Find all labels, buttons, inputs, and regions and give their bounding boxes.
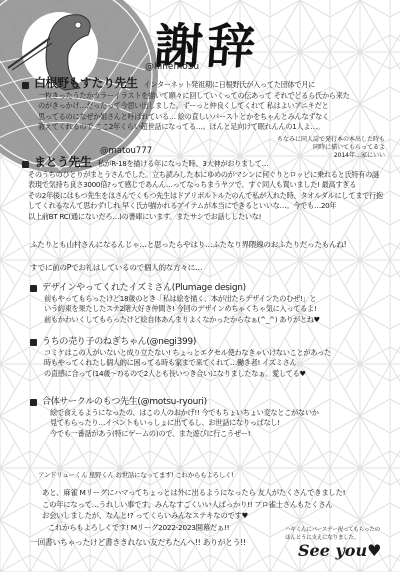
note-line: ちなみに同人誌で発行本の本出した時も	[230, 136, 385, 144]
section-line: 以上前BT RC(通にないだろ…)の書庫にいます。またサシでお話ししたいな!	[28, 212, 383, 223]
section-line: 思ってるのになぜか姐さんと呼ばれている… 絵の直しいパーストとかをちゃんとみんな…	[38, 112, 350, 123]
section-name: 白根野もすたり先生	[34, 78, 138, 89]
bullet-icon	[22, 82, 29, 89]
section-handle: @matou777	[100, 146, 152, 156]
handle-matou: @matou777	[100, 146, 152, 157]
section-line: そのうちのひとりがまとうさんでした。立ち読みした本にゆめのがマシンに何ぐりとロッ…	[28, 170, 383, 181]
section-line: 今でも一番話があう(特にゲームの)ので、また遊びに行こうぜー!	[50, 429, 319, 440]
section-line: の直感に合って(14歳〜?)るので2人とも長いつき合いになりましたなぁ。愛してる…	[44, 369, 331, 380]
section-name: 合体サークルのもつ先生(@motsu-ryouri)	[42, 397, 207, 408]
see-you-signoff: See you♥	[298, 546, 381, 557]
section-line: 見てもらったり…イベントもいっしょに出てるし、お世話になりっぱなし!	[50, 418, 319, 429]
section-name: まとう先生	[34, 157, 92, 168]
bullet-icon	[30, 399, 37, 406]
section-name: デザインやってくれたイズミさん(Plumage design)	[42, 283, 246, 294]
bullet-icon	[30, 285, 37, 292]
section-line: いう約束を果たしたステ2階大好き仲間さ! 今回のデザインめちゃくちゃ気に入ってる…	[44, 304, 320, 315]
section-motsu: 合体サークルのもつ先生(@motsu-ryouri) 絵で食えるようになったの、…	[30, 397, 319, 439]
note-line: 同時に描いてもらってるよ	[230, 144, 385, 152]
closing-line: アンドリューくん 星野くん お世話になってます! これからもよろしく!	[38, 470, 233, 481]
closing-line: 一回書いちゃったけど書ききれない友だちたんへ!! ありがとう!!	[30, 538, 246, 549]
section-line: ふたりとも山村さんになるんじゃ…と思ったらやはり…ふたなり界隈線のおふたりだった…	[30, 240, 346, 251]
bullet-icon	[30, 339, 37, 346]
bullet-icon	[22, 161, 29, 168]
section-line: してくれるなんて思わず!しれ 早く氏が描かれるアイテムが本当にできるといいな…。…	[28, 201, 383, 212]
section-line: その2年後にはもつ先生をはさんでくもつ先生はドアリボルトルたのんで私が入れた時、…	[28, 191, 383, 202]
section-line: コミケはこの人がいないと成り立たない! ちょっとエクセル使わなきゃいけないことが…	[44, 348, 331, 359]
closing-line: お会いしましたが、なんと!? ってくらいみんなステキなのです♥	[42, 510, 345, 522]
acknowledgements-body: 白根野もすたり先生 インターネット発祖期に日根野氏が入ってた団体で月に 一枚きっ…	[0, 0, 400, 572]
closing-side-note: ハギくんにバースデー祝ってもらったの ほんとうに支えになりました。	[285, 527, 380, 542]
remark-futari: ふたりとも山村さんになるんじゃ…と思ったらやはり…ふたなり界隈線のおふたりだった…	[30, 240, 346, 251]
remark-personal: すでに前のPでお礼はしているので個人的な方々に…	[30, 263, 202, 274]
note-line: ハギくんにバースデー祝ってもらったの	[285, 527, 380, 535]
section-line: 私がR-18を描ける年になった時、3大神がおりまして…	[98, 159, 269, 168]
section-line: 絵で食えるようになったの、はこの人のおかげ!! 今でもちょいちょい変なとこがない…	[50, 408, 319, 419]
section-line: 前もやってもらったけど18歳のとき「私は絵を描く、本が出たらデザインたのむぜ!」…	[44, 294, 320, 305]
section-matou: まとう先生 私がR-18を描ける年になった時、3大神がおりまして… そのうちのひ…	[22, 157, 383, 222]
section-line: 前もかわいくしてもらったけど絵自体あんまりよくなかったからなぁ(^_^) ありが…	[44, 315, 320, 326]
section-line: インターネット発祖期に日根野氏が入ってた団体で月に	[144, 80, 316, 89]
section-negi: うちの売り子のねぎちゃん(@negi399) コミケはこの人がいないと成り立たな…	[30, 337, 331, 379]
section-line: すでに前のPでお礼はしているので個人的な方々に…	[30, 263, 202, 274]
section-hinemosu: 白根野もすたり先生 インターネット発祖期に日根野氏が入ってた団体で月に 一枚きっ…	[22, 78, 350, 133]
section-line: 時もやってくれたし個人的に困ってる時も家まで来てくれて…働き者! イズミさん	[44, 358, 331, 369]
closing-line: あと、麻雀 Mリーグにハマってちょっとは外に出るようになったら 友人がたくさんで…	[42, 487, 345, 499]
section-line: 表現で気持ち良さ3000倍?って感じであんん…ってなっちまうヤツで、すぐ同人も買…	[28, 180, 383, 191]
closing-last-line: 一回書いちゃったけど書ききれない友だちたんへ!! ありがとう!!	[30, 538, 246, 549]
section-line: 一枚きったうたかカラーイラストを描いて順々に回していくっての伝あって それでどる…	[38, 91, 350, 102]
section-izumi: デザインやってくれたイズミさん(Plumage design) 前もやってもらっ…	[30, 283, 320, 325]
closing-line: この年になって…うれしい事です。みんなすごくいい人ばっかり!! プロ雀士さんもた…	[42, 499, 345, 511]
section-name: うちの売り子のねぎちゃん(@negi399)	[42, 337, 196, 348]
section-line: のがきっかけ…だったって今思い出しました。ずーっと仲良くしてくれて 私はよいアニ…	[38, 101, 350, 112]
section-line: 教えてくれるので ここ2年くらい超世話になってる…。ほんと足向けて眠れんんの1人…	[38, 122, 350, 133]
closing-first-line: アンドリューくん 星野くん お世話になってます! これからもよろしく!	[38, 470, 233, 481]
